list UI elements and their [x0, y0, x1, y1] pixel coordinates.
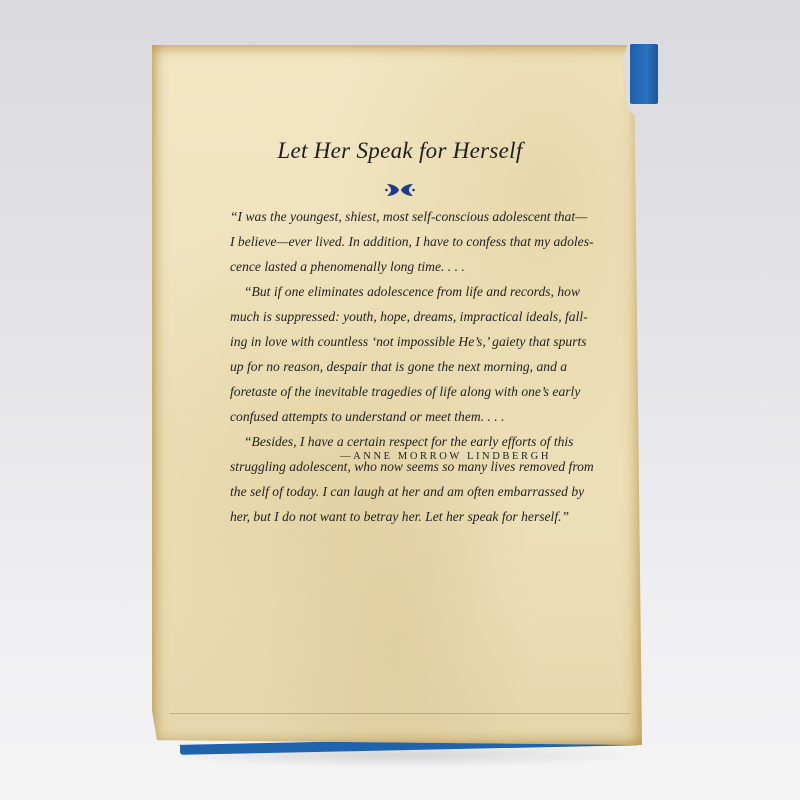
quote-line: cence lasted a phenomenally long time. .… [230, 254, 575, 279]
quote-line: confused attempts to understand or meet … [230, 404, 575, 429]
book-cloth-corner [630, 44, 658, 104]
quote-line: foretaste of the inevitable tragedies of… [230, 379, 575, 404]
quote-line: much is suppressed: youth, hope, dreams,… [230, 304, 575, 329]
cover-title: Let Her Speak for Herself [0, 138, 800, 164]
quote-line: ing in love with countless ‘not impossib… [230, 329, 575, 354]
quote-line: “But if one eliminates adolescence from … [230, 279, 575, 304]
quote-line: her, but I do not want to betray her. Le… [230, 504, 575, 529]
jacket-fold-crease [170, 713, 630, 714]
quote-body: “I was the youngest, shiest, most self-c… [230, 204, 575, 529]
quote-line: up for no reason, despair that is gone t… [230, 354, 575, 379]
quote-line: the self of today. I can laugh at her an… [230, 479, 575, 504]
quote-line: “I was the youngest, shiest, most self-c… [230, 204, 575, 229]
quote-line: I believe—ever lived. In addition, I hav… [230, 229, 575, 254]
fleuron-ornament-icon [385, 181, 415, 199]
attribution: —ANNE MORROW LINDBERGH [340, 451, 551, 462]
